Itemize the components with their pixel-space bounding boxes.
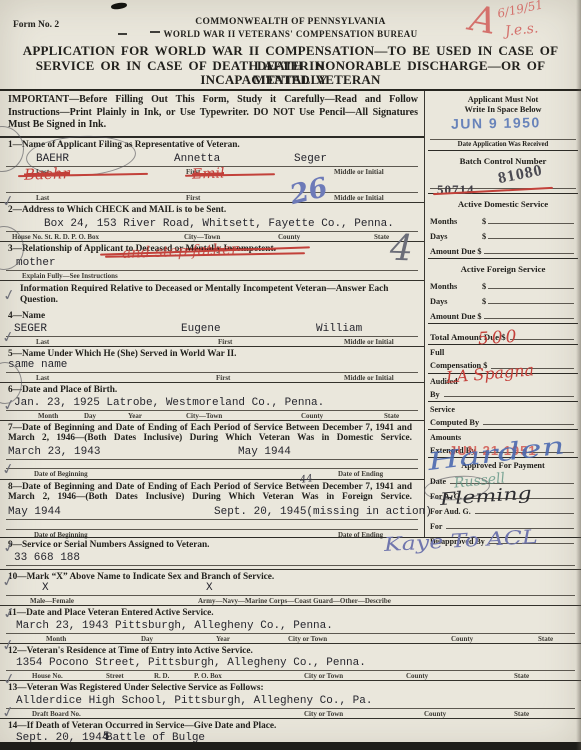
form-body-bottom: 9—Service or Serial Numbers Assigned to … [0,537,581,743]
field-label-street: Street [106,672,124,680]
approved-payment-header: Approved For Payment [428,460,578,470]
field-label-state: State [514,672,529,680]
amount-line [484,253,574,254]
commonwealth-line: COMMONWEALTH OF PENNSYLVANIA [0,17,581,27]
dollar-sign: $ [482,232,486,241]
section-3-relationship: 3—Relationship of Applicant to Deceased … [0,242,424,281]
field-label-city-town: City—Town [186,412,222,420]
months-label: Months [430,282,482,291]
foreign-service-header: Active Foreign Service [428,261,578,276]
field-label-state: State [384,412,399,420]
field-label-year: Year [216,635,230,643]
amount-line [510,339,574,340]
computed-line2: Computed By [430,418,479,427]
amount-due-label: Amount Due [430,247,475,256]
computed-line1: Service [430,405,576,414]
field-label-first: First [216,374,230,382]
mailing-address-value: Box 24, 153 River Road, Whitsett, Fayett… [44,218,394,230]
section-8-foreign-service: 8—Date of Beginning and Date of Ending o… [0,480,424,540]
section-6-label: 6—Date and Place of Birth. [0,383,424,397]
veteran-middle-name-value: William [316,323,362,335]
field-label-state: State [374,233,389,241]
sex-x-mark: X [42,582,49,594]
applicant-first-name-value: Annetta [174,153,220,165]
amount-line [488,288,574,289]
dollar-sign: $ [482,217,486,226]
section-12-residence: 12—Veteran's Residence at Time of Entry … [0,644,581,681]
batch-number-line [430,188,576,189]
for-label: For [430,522,442,531]
for-ag-label: For A. G. [430,492,462,501]
section-2-mailing-address: 2—Address to Which CHECK and MAIL is to … [0,203,424,241]
foreign-begin-value: May 1944 [8,506,61,518]
info-required-paragraph: Information Required Relative to Decease… [0,281,424,309]
field-label-first: First [186,168,200,176]
form-title-line3: INCAPACITATED VETERAN [10,73,571,88]
selective-service-value: Allderdice High School, Pittsburgh, Alle… [16,695,372,707]
section-1-label: 1—Name of Applicant Filing as Representa… [0,138,424,152]
amount-line [484,318,574,319]
field-label-state: State [538,635,553,643]
amounts-extended-block: Amounts Extended By [428,432,578,455]
field-label-county: County [451,635,473,643]
field-label-county: County [278,233,300,241]
section-3-label: 3—Relationship of Applicant to Deceased … [0,242,424,256]
audited-by-block: Audited By [428,376,578,399]
field-label-middle: Middle or Initial [334,194,384,202]
death-place-value: Battle of Bulge [106,732,205,744]
domestic-end-value: May 1944 [238,446,291,458]
extended-line2: Extended By [430,446,475,455]
field-label-po-box: P. O. Box [194,672,222,680]
section-8-label: 8—Date of Beginning and Date of Ending o… [0,480,416,504]
signature-line [450,483,574,484]
signature-line [444,396,574,397]
applicant-last-name-value: BAEHR [36,153,69,165]
audited-line1: Audited [430,377,576,386]
for-aud-g-label: For Aud. G. [430,507,471,516]
date-received-line [430,129,576,140]
signature-line [466,498,574,499]
amount-line [488,223,574,224]
section-14-death-in-service: 14—If Death of Veteran Occurred in Servi… [0,719,581,750]
section-6-birth: 6—Date and Place of Birth. Jan. 23, 1925… [0,383,424,420]
section-2-label: 2—Address to Which CHECK and MAIL is to … [0,203,424,217]
field-label-city-town: City or Town [304,672,343,680]
field-label-first: First [218,338,232,346]
struck-label-text: Mentally Incompetent. [186,244,276,254]
foreign-end-value: Sept. 20, 1945(missing in action) [214,506,432,518]
important-instructions: IMPORTANT—Before Filling Out This Form, … [0,91,424,138]
field-label-house-no: House No. [32,672,63,680]
section-13-selective-service: 13—Veteran Was Registered Under Selectiv… [0,681,581,718]
field-label-last: Last [36,168,49,176]
residence-value: 1354 Pocono Street, Pittsburgh, Alleghen… [16,657,366,669]
bureau-line: WORLD WAR II VETERANS' COMPENSATION BURE… [0,29,581,39]
domestic-service-header: Active Domestic Service [428,196,578,211]
amount-line [488,238,574,239]
field-label-explain-fully: Explain Fully—See Instructions [22,272,118,280]
section-4-label: 4—Name [0,309,424,323]
applicant-middle-name-value: Seger [294,153,327,165]
entered-service-value: March 23, 1943 Pittsburgh, Allegheny Co.… [16,620,333,632]
section-5-service-name: 5—Name Under Which He (She) Served in Wo… [0,347,424,383]
branch-x-mark: X [206,582,213,594]
death-date-value: Sept. 20, 19445 [16,732,109,744]
field-label-day: Day [84,412,96,420]
field-label-city-town: City or Town [288,635,327,643]
signature-line [483,424,574,425]
date-received-label: Date Application Was Received [428,140,578,148]
field-label-first: First [186,194,200,202]
field-label-middle: Middle or Initial [334,168,384,176]
office-use-column: Applicant Must Not Write In Space Below … [425,91,581,537]
service-name-value: same name [8,359,67,371]
section-7-domestic-service: 7—Date of Beginning and Date of Ending o… [0,421,424,479]
domestic-begin-value: March 23, 1943 [8,446,100,458]
section-10-label: 10—Mark “X” Above Name to Indicate Sex a… [0,570,581,584]
section-12-label: 12—Veteran's Residence at Time of Entry … [0,644,581,658]
amount-line [491,368,574,369]
field-label-male-female: Male—Female [30,597,74,605]
audited-line2: By [430,390,440,399]
no-write-line2: Write In Space Below [428,105,578,115]
signature-line [479,452,574,453]
days-label: Days [430,297,482,306]
field-label-city-town: City—Town [184,233,220,241]
section-11-label: 11—Date and Place Veteran Entered Active… [0,606,581,620]
field-label-house-no: House No. St. R. D. P. O. Box [12,233,99,241]
veteran-last-name-value: SEGER [14,323,47,335]
full-compensation-block: Full Compensation $ [428,347,578,371]
field-label-middle: Middle or Initial [344,374,394,382]
extended-line1: Amounts [430,433,576,442]
days-label: Days [430,232,482,241]
section-9-serial-numbers: 9—Service or Serial Numbers Assigned to … [0,538,581,569]
field-label-date-ending: Date of Ending [338,470,383,479]
field-label-city-town: City or Town [304,710,343,718]
section-11-entered-service: 11—Date and Place Veteran Entered Active… [0,606,581,643]
section-9-label: 9—Service or Serial Numbers Assigned to … [0,538,581,552]
field-label-year: Year [128,412,142,420]
dollar-sign: $ [477,247,481,256]
amount-due-label: Amount Due [430,312,475,321]
relationship-value: mother [16,257,56,269]
field-label-state: State [514,710,529,718]
field-label-last: Last [36,338,49,346]
field-label-county: County [424,710,446,718]
field-label-day: Day [141,635,153,643]
field-label-last: Last [36,194,49,202]
months-label: Months [430,217,482,226]
field-label-date-beginning: Date of Beginning [34,470,88,479]
form-header: Form No. 2 COMMONWEALTH OF PENNSYLVANIA … [0,0,581,90]
field-label-branches: Army—Navy—Marine Corps—Coast Guard—Other… [198,597,391,605]
full-comp-line2: Compensation $ [430,361,487,371]
section-10-sex-branch: 10—Mark “X” Above Name to Indicate Sex a… [0,570,581,606]
date-label: Date [430,477,446,486]
field-label-middle: Middle or Initial [344,338,394,346]
dollar-sign: $ [482,297,486,306]
signature-line [446,528,574,529]
amount-line [488,303,574,304]
dollar-sign: $ [477,312,481,321]
batch-control-label: Batch Control Number [428,153,578,168]
field-label-rd: R. D. [154,672,169,680]
form-body-left: IMPORTANT—Before Filling Out This Form, … [0,91,425,537]
signature-line [475,513,574,514]
field-label-last: Last [36,374,49,382]
field-label-month: Month [46,635,66,643]
scanned-form-page: Form No. 2 COMMONWEALTH OF PENNSYLVANIA … [0,0,581,750]
field-label-draft-board: Draft Board No. [32,710,81,718]
section-7-label: 7—Date of Beginning and Date of Ending o… [0,421,416,445]
section-14-label: 14—If Death of Veteran Occurred in Servi… [0,719,581,733]
no-write-line1: Applicant Must Not [428,95,578,105]
serial-number-value: 33 668 188 [14,552,80,564]
section-13-label: 13—Veteran Was Registered Under Selectiv… [0,681,581,695]
dollar-sign: $ [482,282,486,291]
field-label-month: Month [38,412,58,420]
service-computed-block: Service Computed By [428,404,578,427]
veteran-first-name-value: Eugene [181,323,221,335]
field-label-county: County [301,412,323,420]
section-4-veteran-name: 4—Name SEGER Eugene William Last First M… [0,309,424,346]
total-amount-label: Total Amount Due $ [430,332,506,342]
birth-date-place-value: Jan. 23, 1925 Latrobe, Westmoreland Co.,… [14,397,324,409]
full-comp-line1: Full [430,348,576,358]
section-5-label: 5—Name Under Which He (She) Served in Wo… [0,347,424,361]
section-1-applicant-name: 1—Name of Applicant Filing as Representa… [0,138,424,203]
field-label-county: County [406,672,428,680]
